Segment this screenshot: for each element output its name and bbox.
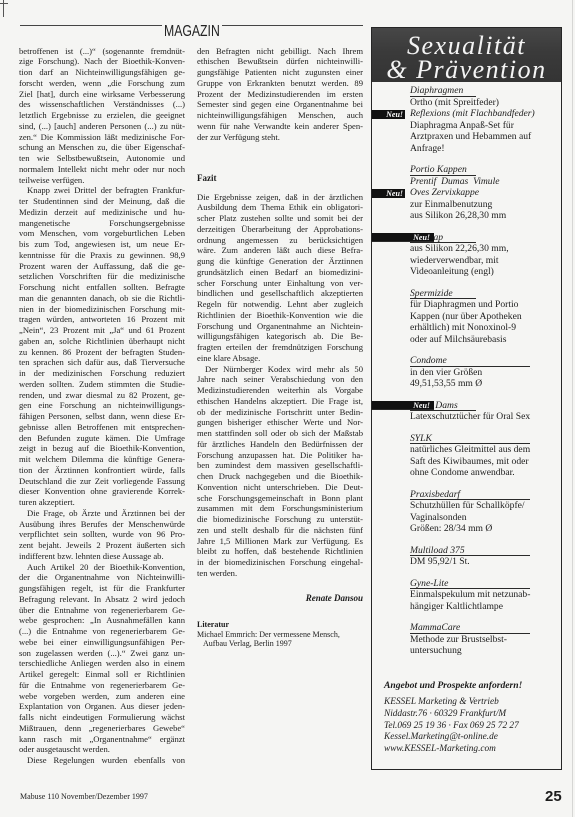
product-line: natürliches Gleitmittel aus dem <box>410 444 560 456</box>
text-line: derzeitigen Überarbeitung der Approbatio… <box>197 224 363 235</box>
text-line: zu kennen. 86 Prozent der befragten Stud… <box>19 347 185 358</box>
product-group: Neu!Glyde Dams Latexschutztücher für Ora… <box>410 400 560 423</box>
product-heading: Multiload 375 <box>410 545 560 557</box>
text-line: gen eine Forschung an nichteinwilligungs… <box>19 400 185 411</box>
new-badge: Neu! <box>372 233 434 242</box>
author-signature: Renate Dansou <box>197 593 363 604</box>
text-line: Richtlinien der Bioethik-Konvention wie … <box>197 310 363 321</box>
product-heading: Diaphragmen <box>410 85 560 97</box>
product-line: Latexschutztücher für Oral Sex <box>410 411 560 423</box>
text-line: bis zum Tod, angewiesen ist, um neue Er- <box>19 239 185 250</box>
text-line: über die Entnahme von regenerierbarem Ge… <box>19 605 185 616</box>
new-badge: Neu! <box>372 189 405 198</box>
product-line: Vaginalsonden <box>410 512 560 524</box>
text-line: Prozent der Medizinstudierenden im erste… <box>197 89 363 100</box>
text-line: dieser Konvention ohne gravierende Korre… <box>19 486 185 497</box>
literature-heading: Literatur <box>197 620 363 630</box>
product-group: Gyne-Lite Einmalspekulum mit netzunab- h… <box>410 578 560 613</box>
product-line: Saft des Kiwibaumes, mit oder <box>410 456 560 468</box>
text-line: ben zumindest dem massiven gesellschaftl… <box>197 460 363 471</box>
company-website: www.KESSEL-Marketing.com <box>384 744 519 756</box>
product-heading: Portio Kappen <box>410 164 560 176</box>
product-line: Diaphragma Anpaß-Set für <box>410 120 560 132</box>
text-line: schung an Menschen zu, die über Eigensch… <box>19 142 185 153</box>
product-line: untersuchung <box>410 645 560 657</box>
text-line: Der Nürnberger Kodex wird mehr als 50 <box>197 364 363 375</box>
text-line: kann rasch mit „Organentnahme“ ergänzt <box>19 734 185 745</box>
page-number: 25 <box>545 789 562 805</box>
text-line: oder ausgetauscht werden. <box>19 744 185 755</box>
product-line: Prentif Dumas Vimule <box>410 176 560 188</box>
company-phone-fax: Tel.069 25 19 36 · Fax 069 25 72 27 <box>384 721 519 733</box>
product-group: Spermizide für Diaphragmen und Portio Ka… <box>410 288 560 346</box>
text-line: zige Forschung). Nach der Bioethik-Konve… <box>19 56 185 67</box>
text-line: nichteinwilligungsfähigen Menschen, auch <box>197 110 363 121</box>
text-line: teilweise verfügen. <box>19 175 185 186</box>
company-name: KESSEL Marketing & Vertrieb <box>384 697 519 709</box>
text-line: normalem Intellekt nicht mehr oder nur n… <box>19 164 185 175</box>
product-heading: Neu!FemCap <box>410 232 560 244</box>
ad-product-list: Diaphragmen Ortho (mit Spreitfeder) Neu!… <box>410 85 560 657</box>
text-line: tion darf an Nichteinwilligungsfähigen g… <box>19 67 185 78</box>
text-line: Diese Regelungen wurden ebenfalls von <box>19 755 185 766</box>
company-email: Kessel.Marketing@t-online.de <box>384 732 519 744</box>
text-line: setzlichen Vorschriften für die medizini… <box>19 271 185 282</box>
product-line: für Diaphragmen und Portio <box>410 299 560 311</box>
article-middle-body: Die Ergebnisse zeigen, daß in der ärztli… <box>197 192 363 579</box>
text-line: Prozent waren der Auffassung, daß die ge… <box>19 261 185 272</box>
text-line: ethischen Bewußtsein dürfen nichteinwill… <box>197 56 363 67</box>
crop-mark <box>0 3 8 4</box>
text-line: man die genannten danach, ob sie die Ric… <box>19 293 185 304</box>
text-line: (...) die Entnahme von regenerierbarem G… <box>19 626 185 637</box>
product-line: Videoanleitung (engl) <box>410 266 560 278</box>
product-line: Methode zur Brustselbst- <box>410 634 560 646</box>
text-line: Gruppe von Erkrankten benutzt werden. 89 <box>197 78 363 89</box>
text-line: Die Ergebnisse zeigen, daß in der ärztli… <box>197 192 363 203</box>
text-line: Forschung nicht entfallen sollten. Befra… <box>19 282 185 293</box>
text-line: Regeln für notwendig. Lehnt aber zugleic… <box>197 299 363 310</box>
text-line: webe bei einer einwilligungsunfähigen Pe… <box>19 637 185 648</box>
product-line: Größen: 28/34 mm Ø <box>410 523 560 535</box>
text-line: ob der medizinische Fortschritt unter Be… <box>197 407 363 418</box>
text-line: gungsfähigen regelt, ist für die Frankfu… <box>19 583 185 594</box>
product-line: aus Silikon 26,28,30 mm <box>410 210 560 222</box>
text-line: ter Studentinnen sind der Meinung, daß d… <box>19 196 185 207</box>
ad-call-to-action: Angebot und Prospekte anfordern! <box>384 680 522 692</box>
product-group: Diaphragmen Ortho (mit Spreitfeder) Neu!… <box>410 85 560 154</box>
text-line: chen Druck nachgegeben und die Bioethik- <box>197 471 363 482</box>
text-line: für die Entnahme von regenerierbarem Ge- <box>19 680 185 691</box>
text-line: die biomedizinische Forschung zu unterst… <box>197 514 363 525</box>
product-heading: Condome <box>410 355 560 367</box>
text-line: Knapp zwei Drittel der befragten Frankfu… <box>19 185 185 196</box>
text-line: den Befragten nicht gebilligt. Nach Ihre… <box>197 46 363 57</box>
text-line: Ausübung ihres Berufes der Menschenwürde <box>19 519 185 530</box>
page-edge <box>572 0 573 817</box>
product-group: Portio Kappen Prentif Dumas Vimule Neu!O… <box>410 164 560 222</box>
text-line: willigungsfähigen kategorisch ab. Die Be… <box>197 331 363 342</box>
text-line: für ärztliches Handeln den Bedürfnissen … <box>197 439 363 450</box>
text-line: Befragung relevant. In Absatz 2 wird jed… <box>19 594 185 605</box>
text-line: men stattfinden soll oder ob sich der Ma… <box>197 428 363 439</box>
text-line: Forschung und Organentnahme an Nichtein- <box>197 321 363 332</box>
product-heading: Praxisbedarf <box>410 489 560 501</box>
company-address: Niddastr.76 · 60329 Frankfurt/M <box>384 709 519 721</box>
text-line: der zur Verfügung steht. <box>197 132 363 143</box>
subheading-fazit: Fazit <box>197 173 217 184</box>
ad-title-line2: & Prävention <box>372 57 561 83</box>
product-group: SYLK natürliches Gleitmittel aus dem Saf… <box>410 433 560 479</box>
text-line: Deutschland die zur Zeit vorliegende Fas… <box>19 476 185 487</box>
product-line: Kappen (nur über Apotheken <box>410 311 560 323</box>
text-line: Mißtrauen, denn „regenerierbares Gewebe“ <box>19 723 185 734</box>
new-badge: Neu! <box>372 401 434 410</box>
text-line: gungsfähige Patienten nicht zugunsten ei… <box>197 67 363 78</box>
product-line: wiederverwendbar, mit <box>410 255 560 267</box>
ad-contact-block: KESSEL Marketing & Vertrieb Niddastr.76 … <box>384 697 519 756</box>
text-line: gaben an, solche Richtlinien überhaupt n… <box>19 336 185 347</box>
text-line: renden, und zwar diesmal zu 82 Prozent, … <box>19 390 185 401</box>
text-line: gebnisse allen Betroffenen mit entsprech… <box>19 422 185 433</box>
text-line: forscht werden, wenn „die Forschung zum <box>19 78 185 89</box>
text-line: son zugelassen werden (...).“ Zwei ganz … <box>19 648 185 659</box>
new-badge: Neu! <box>372 110 405 119</box>
text-line: Jahre nach seiner Verabschiedung von den <box>197 374 363 385</box>
text-line: kenntnisse für die Praxis zu gewinnen. 9… <box>19 250 185 261</box>
text-line: Konvention nicht unterschrieben. Die Deu… <box>197 482 363 493</box>
product-line: zur Einmalbenutzung <box>410 199 560 211</box>
text-line: in der biomedizinischen Forschung eingeh… <box>197 557 363 568</box>
text-line: terschiedliche Anliegen werden also in e… <box>19 658 185 669</box>
text-line: Medizin derzeit auf medizinische und hu- <box>19 207 185 218</box>
text-line: fragten erteilen der fremdnützigen Forsc… <box>197 342 363 353</box>
text-line: zen.“ Die Kommission läßt medizinische F… <box>19 132 185 143</box>
text-line: sche Forschungsgemeinschaft in Bonn plan… <box>197 493 363 504</box>
ad-title-banner: Sexualität & Prävention <box>372 28 561 82</box>
section-label: MAGAZIN <box>164 24 220 40</box>
product-heading: SYLK <box>410 433 560 445</box>
product-heading: Spermizide <box>410 288 560 300</box>
product-line: Ortho (mit Spreitfeder) <box>410 97 560 109</box>
text-line: Medizinstudierenden weiterhin als Vorgab… <box>197 385 363 396</box>
header-rule-right <box>222 25 363 26</box>
product-group: Praxisbedarf Schutzhüllen für Schallköpf… <box>410 489 560 535</box>
product-group: Neu!FemCap aus Silikon 22,26,30 mm, wied… <box>410 232 560 278</box>
text-line: Forschung anzupassen hat. Die Politiker … <box>197 450 363 461</box>
footer-publication: Mabuse 110 November/Dezember 1997 <box>20 792 148 802</box>
text-line: des wissenschaftlichen Verständnisses (.… <box>19 99 185 110</box>
text-line: mit welchem Dilemma die künftige Genera- <box>19 454 185 465</box>
text-line: bindlichen und gesellschaftlich akzeptie… <box>197 288 363 299</box>
text-line: Artikel geregelt: Einmal soll er Richtli… <box>19 669 185 680</box>
text-line: eine klare Absage. <box>197 353 363 364</box>
text-line: Semester sind gegen eine Organentnahme b… <box>197 99 363 110</box>
text-line: Ziel [hat], durch eine wirksame Verbesse… <box>19 89 185 100</box>
text-line: zusammen mit dem Forschungsministerium <box>197 503 363 514</box>
text-line: werden sollten. Zudem stimmten die Studi… <box>19 379 185 390</box>
product-line: in den vier Größen <box>410 367 560 379</box>
text-line: scher Platz zustehen sollte und somit be… <box>197 213 363 224</box>
text-line: letztlich Ergebnisse zu erzielen, die ge… <box>19 110 185 121</box>
product-line: oder auf Milchsäurebasis <box>410 334 560 346</box>
text-line: zen und stellt deshalb für die nächsten … <box>197 525 363 536</box>
text-line: ten werden. <box>197 568 363 579</box>
text-line: Ausbildung dem Thema Ethik ein obligator… <box>197 202 363 213</box>
text-line: zeigt in bezug auf die Bioethik-Konventi… <box>19 443 185 454</box>
product-group: MammaCare Methode zur Brustselbst- unter… <box>410 622 560 657</box>
article-middle-intro: den Befragten nicht gebilligt. Nach Ihre… <box>197 46 363 143</box>
product-line: Neu!Oves Zervixkappe <box>410 187 560 199</box>
text-line: mangenetische Forschungsergebnisse <box>19 218 185 229</box>
text-line: Explantation von Organen. Aus dieser jed… <box>19 701 185 712</box>
text-line: ten sprachen sich dafür aus, daß Tierver… <box>19 357 185 368</box>
text-line: „Nein“, 23 Prozent mit „Ja“ und 61 Proze… <box>19 325 185 336</box>
text-line: bleibt zu hoffen, daß bestehende Richtli… <box>197 546 363 557</box>
product-line: Anfrage! <box>410 143 560 155</box>
text-line: webe gesprochen: „In Ausnahmefällen kann <box>19 615 185 626</box>
text-line: tion der Ärztinnen konfrontiert würde, f… <box>19 465 185 476</box>
text-line: webe vorgeben werden, zum anderen eine <box>19 691 185 702</box>
text-line: den Befunden zugute kämen. Die Umfrage <box>19 433 185 444</box>
product-group: Multiload 375 DM 95,92/1 St. <box>410 545 560 568</box>
text-line: scher Forschung unter Einhaltung von ver… <box>197 278 363 289</box>
product-heading: Neu!Glyde Dams <box>410 400 560 412</box>
text-line: zent bejaht. Jeweils 2 Prozent äußerten … <box>19 540 185 551</box>
text-line: verpflichtet sein sollten, wurde von 96 … <box>19 529 185 540</box>
text-line: sind, (...) [auch] anderen Personen (...… <box>19 121 185 132</box>
product-line: Arztpraxen und Hebammen auf <box>410 131 560 143</box>
product-heading: Gyne-Lite <box>410 578 560 590</box>
text-line: falls nicht eindeutigen Formulierung wäc… <box>19 712 185 723</box>
text-line: Jahre 1,5 Millionen Mark zur Verfügung. … <box>197 536 363 547</box>
text-line: ten wie Selbstbewußtsein, Autonomie und <box>19 153 185 164</box>
text-line: turen akzeptiert. <box>19 497 185 508</box>
text-line: nien in der biomedizinischen Forschung m… <box>19 304 185 315</box>
product-group: Condome in den vier Größen 49,51,53,55 m… <box>410 355 560 390</box>
text-line: ethischen Handelns akzeptiert. Die Frage… <box>197 396 363 407</box>
literature-entry: Aufbau Verlag, Berlin 1997 <box>197 639 363 649</box>
product-line: erhältlich) mit Nonoxinol-9 <box>410 322 560 334</box>
text-line: Auch Artikel 20 der Bioethik-Konvention, <box>19 562 185 573</box>
product-line: Einmalspekulum mit netzunab- <box>410 589 560 601</box>
literature-block: Literatur Michael Emmrich: Der vermessen… <box>197 620 363 649</box>
product-line: ohne Condome anwendbar. <box>410 467 560 479</box>
header-rule-left <box>20 25 162 26</box>
text-line: Die Frage, ob Ärzte und Ärztinnen bei de… <box>19 508 185 519</box>
text-line: wäre. Zum anderen läßt auch diese Befra- <box>197 245 363 256</box>
text-line: fähigen Personen, selbst dann, wenn dies… <box>19 411 185 422</box>
product-line: hängiger Kaltlichtlampe <box>410 601 560 613</box>
literature-entry: Michael Emmrich: Der vermessene Mensch, <box>197 630 363 640</box>
text-line: betroffenen ist (...)“ (sogenannte fremd… <box>19 46 185 57</box>
text-line: tragen würden, antworteten 16 Prozent mi… <box>19 314 185 325</box>
text-line: gungen bisheriger ethischer Werte und No… <box>197 417 363 428</box>
product-line: 49,51,53,55 mm Ø <box>410 378 560 390</box>
text-line: wenn für nahe Verwandte kein anderer Spe… <box>197 121 363 132</box>
text-line: gung die künftige Generation der Ärztinn… <box>197 256 363 267</box>
text-line: ordnung angemessen zu berücksichtigen <box>197 235 363 246</box>
product-line: aus Silikon 22,26,30 mm, <box>410 243 560 255</box>
product-line: DM 95,92/1 St. <box>410 556 560 568</box>
product-line: Neu!Reflexions (mit Flachbandfeder) <box>410 108 560 120</box>
product-line: Schutzhüllen für Schallköpfe/ <box>410 500 560 512</box>
text-line: indifferent bzw. lehnten diese Aussage a… <box>19 551 185 562</box>
text-line: vom Menschen, vom vorgeburtlichen Leben <box>19 228 185 239</box>
product-heading: MammaCare <box>410 622 560 634</box>
article-left-column: betroffenen ist (...)“ (sogenannte fremd… <box>19 46 185 766</box>
text-line: grundsätzlich einen Bedarf an biomedizin… <box>197 267 363 278</box>
text-line: in der medizinischen Forschung reduziert <box>19 368 185 379</box>
text-line: der die Organentnahme von Nichteinwilli- <box>19 572 185 583</box>
